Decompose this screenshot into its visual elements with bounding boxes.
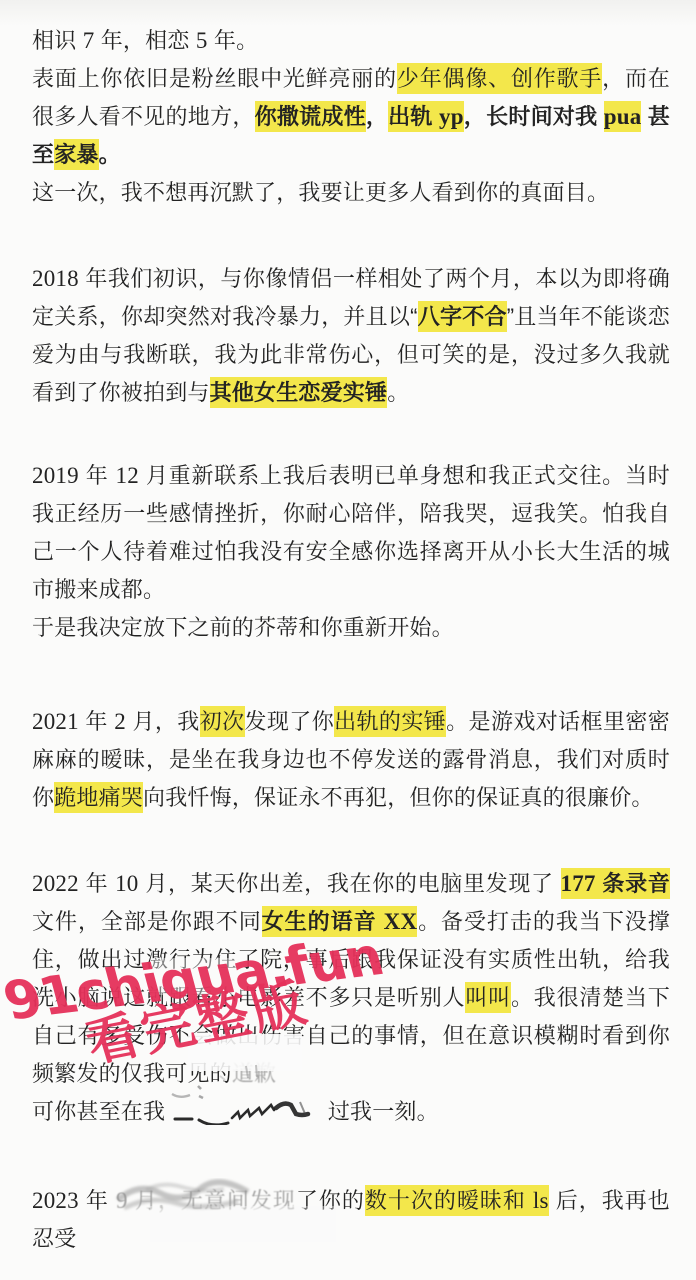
highlighted-text: 出轨的实锤 (334, 706, 446, 737)
latin-text: pua (604, 104, 642, 129)
latin-text: 2022 (32, 871, 79, 896)
latin-text: ls (533, 1188, 549, 1213)
text-segment: 2019 年 12 月重新联系上我后表明已单身想和我正式交往。当时我正经历一些感… (32, 463, 670, 602)
latin-text: 177 (561, 871, 596, 896)
text-segment: 2022 年 10 月，某天你出差，我在你的电脑里发现了 (32, 871, 561, 896)
paragraph: 这一次，我不想再沉默了，我要让更多人看到你的真面目。 (32, 174, 670, 212)
highlighted-text: 出轨 yp (388, 101, 464, 132)
latin-text: 2 (114, 709, 126, 734)
highlighted-text: 女生的语音 XX (262, 906, 418, 937)
text-segment: 可你甚至在我 (32, 1099, 165, 1124)
highlighted-text: 家暴 (54, 139, 98, 170)
highlighted-text: 少年偶像、创作歌手 (397, 63, 602, 94)
paragraph: 2022 年 10 月，某天你出差，我在你的电脑里发现了 177 条录音文件，全… (32, 865, 670, 1093)
paragraph: 2023 年 9 月，无意间发现了你的数十次的暧昧和 ls 后，我再也忍受 (32, 1182, 670, 1258)
latin-text: 2023 (32, 1188, 79, 1213)
paragraph: 于是我决定放下之前的芥蒂和你重新开始。 (32, 609, 670, 647)
paragraph: 2021 年 2 月，我初次发现了你出轨的实锤。是游戏对话框里密密麻麻的暧昧，是… (32, 703, 670, 817)
paragraph: 表面上你依旧是粉丝眼中光鲜亮丽的少年偶像、创作歌手，而在很多人看不见的地方，你撒… (32, 60, 670, 174)
paragraph: 2018 年我们初识，与你像情侣一样相处了两个月，本以为即将确定关系，你却突然对… (32, 260, 670, 412)
intro-section: 相识 7 年，相恋 5 年。表面上你依旧是粉丝眼中光鲜亮丽的少年偶像、创作歌手，… (32, 22, 670, 212)
text-segment: 道歉 (232, 1061, 276, 1086)
text-segment: 了你的 (296, 1188, 365, 1213)
ink-scribble-strikeout (172, 1095, 322, 1125)
latin-text: yp (439, 104, 464, 129)
year-2018-section: 2018 年我们初识，与你像情侣一样相处了两个月，本以为即将确定关系，你却突然对… (32, 260, 670, 412)
document-body: 相识 7 年，相恋 5 年。表面上你依旧是粉丝眼中光鲜亮丽的少年偶像、创作歌手，… (32, 22, 670, 1258)
year-2019-section: 2019 年 12 月重新联系上我后表明已单身想和我正式交往。当时我正经历一些感… (32, 457, 670, 647)
ink-dot (358, 629, 362, 633)
highlighted-text: 叫叫 (465, 982, 511, 1013)
text-segment: 发现了你 (245, 709, 335, 734)
text-segment: 相识 7 年，相恋 5 年。 (32, 28, 258, 53)
highlighted-text: 你撒谎成性 (255, 101, 366, 132)
text-segment: 2021 年 2 月，我 (32, 709, 200, 734)
year-2022-section: 2022 年 10 月，某天你出差，我在你的电脑里发现了 177 条录音文件，全… (32, 865, 670, 1131)
latin-text: 10 (115, 871, 138, 896)
highlighted-text: 177 条录音 (561, 868, 671, 899)
text-segment: 过我一刻。 (328, 1099, 439, 1124)
highlighted-text: 初次 (200, 706, 245, 737)
latin-text: 5 (196, 28, 208, 53)
latin-text: 2018 (32, 266, 79, 291)
latin-text: 9 (116, 1188, 128, 1213)
text-segment: 文件，全部是你跟不同 (32, 909, 262, 934)
latin-text: 2019 (32, 463, 79, 488)
paragraph: 可你甚至在我 过我一刻。 (32, 1093, 670, 1131)
text-segment: ， (366, 104, 388, 129)
highlighted-text: 八字不合 (418, 301, 507, 332)
year-2023-section: 2023 年 9 月，无意间发现了你的数十次的暧昧和 ls 后，我再也忍受 (32, 1182, 670, 1258)
latin-text: XX (384, 909, 418, 934)
latin-text: 12 (116, 463, 139, 488)
text-segment: 2023 年 (32, 1188, 116, 1213)
paragraph: 相识 7 年，相恋 5 年。 (32, 22, 670, 60)
latin-text: 7 (83, 28, 95, 53)
text-segment: ，长时间对我 (464, 104, 604, 129)
year-2021-section: 2021 年 2 月，我初次发现了你出轨的实锤。是游戏对话框里密密麻麻的暧昧，是… (32, 703, 670, 817)
text-segment: 。 (99, 142, 121, 167)
paragraph: 2019 年 12 月重新联系上我后表明已单身想和我正式交往。当时我正经历一些感… (32, 457, 670, 609)
text-segment: 这一次，我不想再沉默了，我要让更多人看到你的真面目。 (32, 180, 609, 205)
latin-text: 2021 (32, 709, 79, 734)
highlighted-text: 跪地痛哭 (54, 782, 143, 813)
highlighted-text: 数十次的暧昧和 ls (365, 1185, 549, 1216)
highlighted-text: pua (604, 101, 642, 132)
text-segment: 向我忏悔，保证永不再犯，但你的保证真的很廉价。 (143, 785, 654, 810)
highlighted-text: 其他女生恋爱实锤 (210, 377, 388, 408)
text-segment: 表面上你依旧是粉丝眼中光鲜亮丽的 (32, 66, 397, 91)
text-segment: 于是我决定放下之前的芥蒂和你重新开始。 (32, 615, 454, 640)
text-segment: 9 月，无意间发现 (116, 1188, 296, 1213)
text-segment: 。 (387, 380, 409, 405)
